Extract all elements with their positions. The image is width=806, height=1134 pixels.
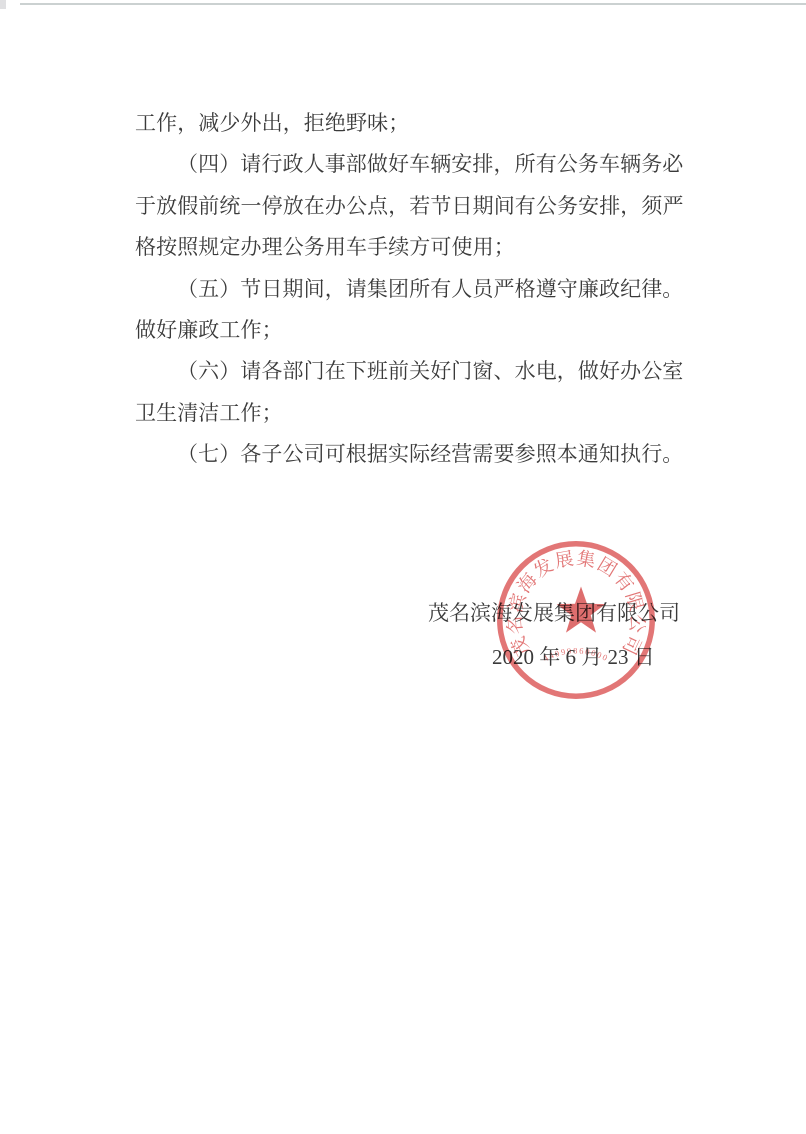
body-line: （六）请各部门在下班前关好门窗、水电，做好办公室	[135, 351, 695, 392]
seal-star-icon	[557, 587, 606, 633]
body-line: （五）节日期间，请集团所有人员严格遵守廉政纪律。	[135, 269, 695, 310]
body-line: 工作，减少外出，拒绝野味；	[135, 103, 695, 144]
body-line: （四）请行政人事部做好车辆安排，所有公务车辆务必	[135, 144, 695, 185]
body-line: 卫生清洁工作；	[135, 393, 695, 434]
body-line: （七）各子公司可根据实际经营需要参照本通知执行。	[135, 434, 695, 475]
document-body: 工作，减少外出，拒绝野味； （四）请行政人事部做好车辆安排，所有公务车辆务必 于…	[135, 103, 695, 476]
body-line: 做好廉政工作；	[135, 310, 695, 351]
body-line: 格按照规定办理公务用车手续方可使用；	[135, 227, 695, 268]
seal-code-text: 44099860000	[541, 646, 610, 664]
scan-artifact-top-line	[20, 3, 806, 5]
body-line: 于放假前统一停放在办公点，若节日期间有公务安排，须严	[135, 186, 695, 227]
official-seal: 茂名滨海发展集团有限公司 44099860000	[476, 520, 676, 720]
scan-artifact-corner-mark	[0, 0, 6, 9]
scanned-document-page: 工作，减少外出，拒绝野味； （四）请行政人事部做好车辆安排，所有公务车辆务必 于…	[0, 0, 806, 1134]
